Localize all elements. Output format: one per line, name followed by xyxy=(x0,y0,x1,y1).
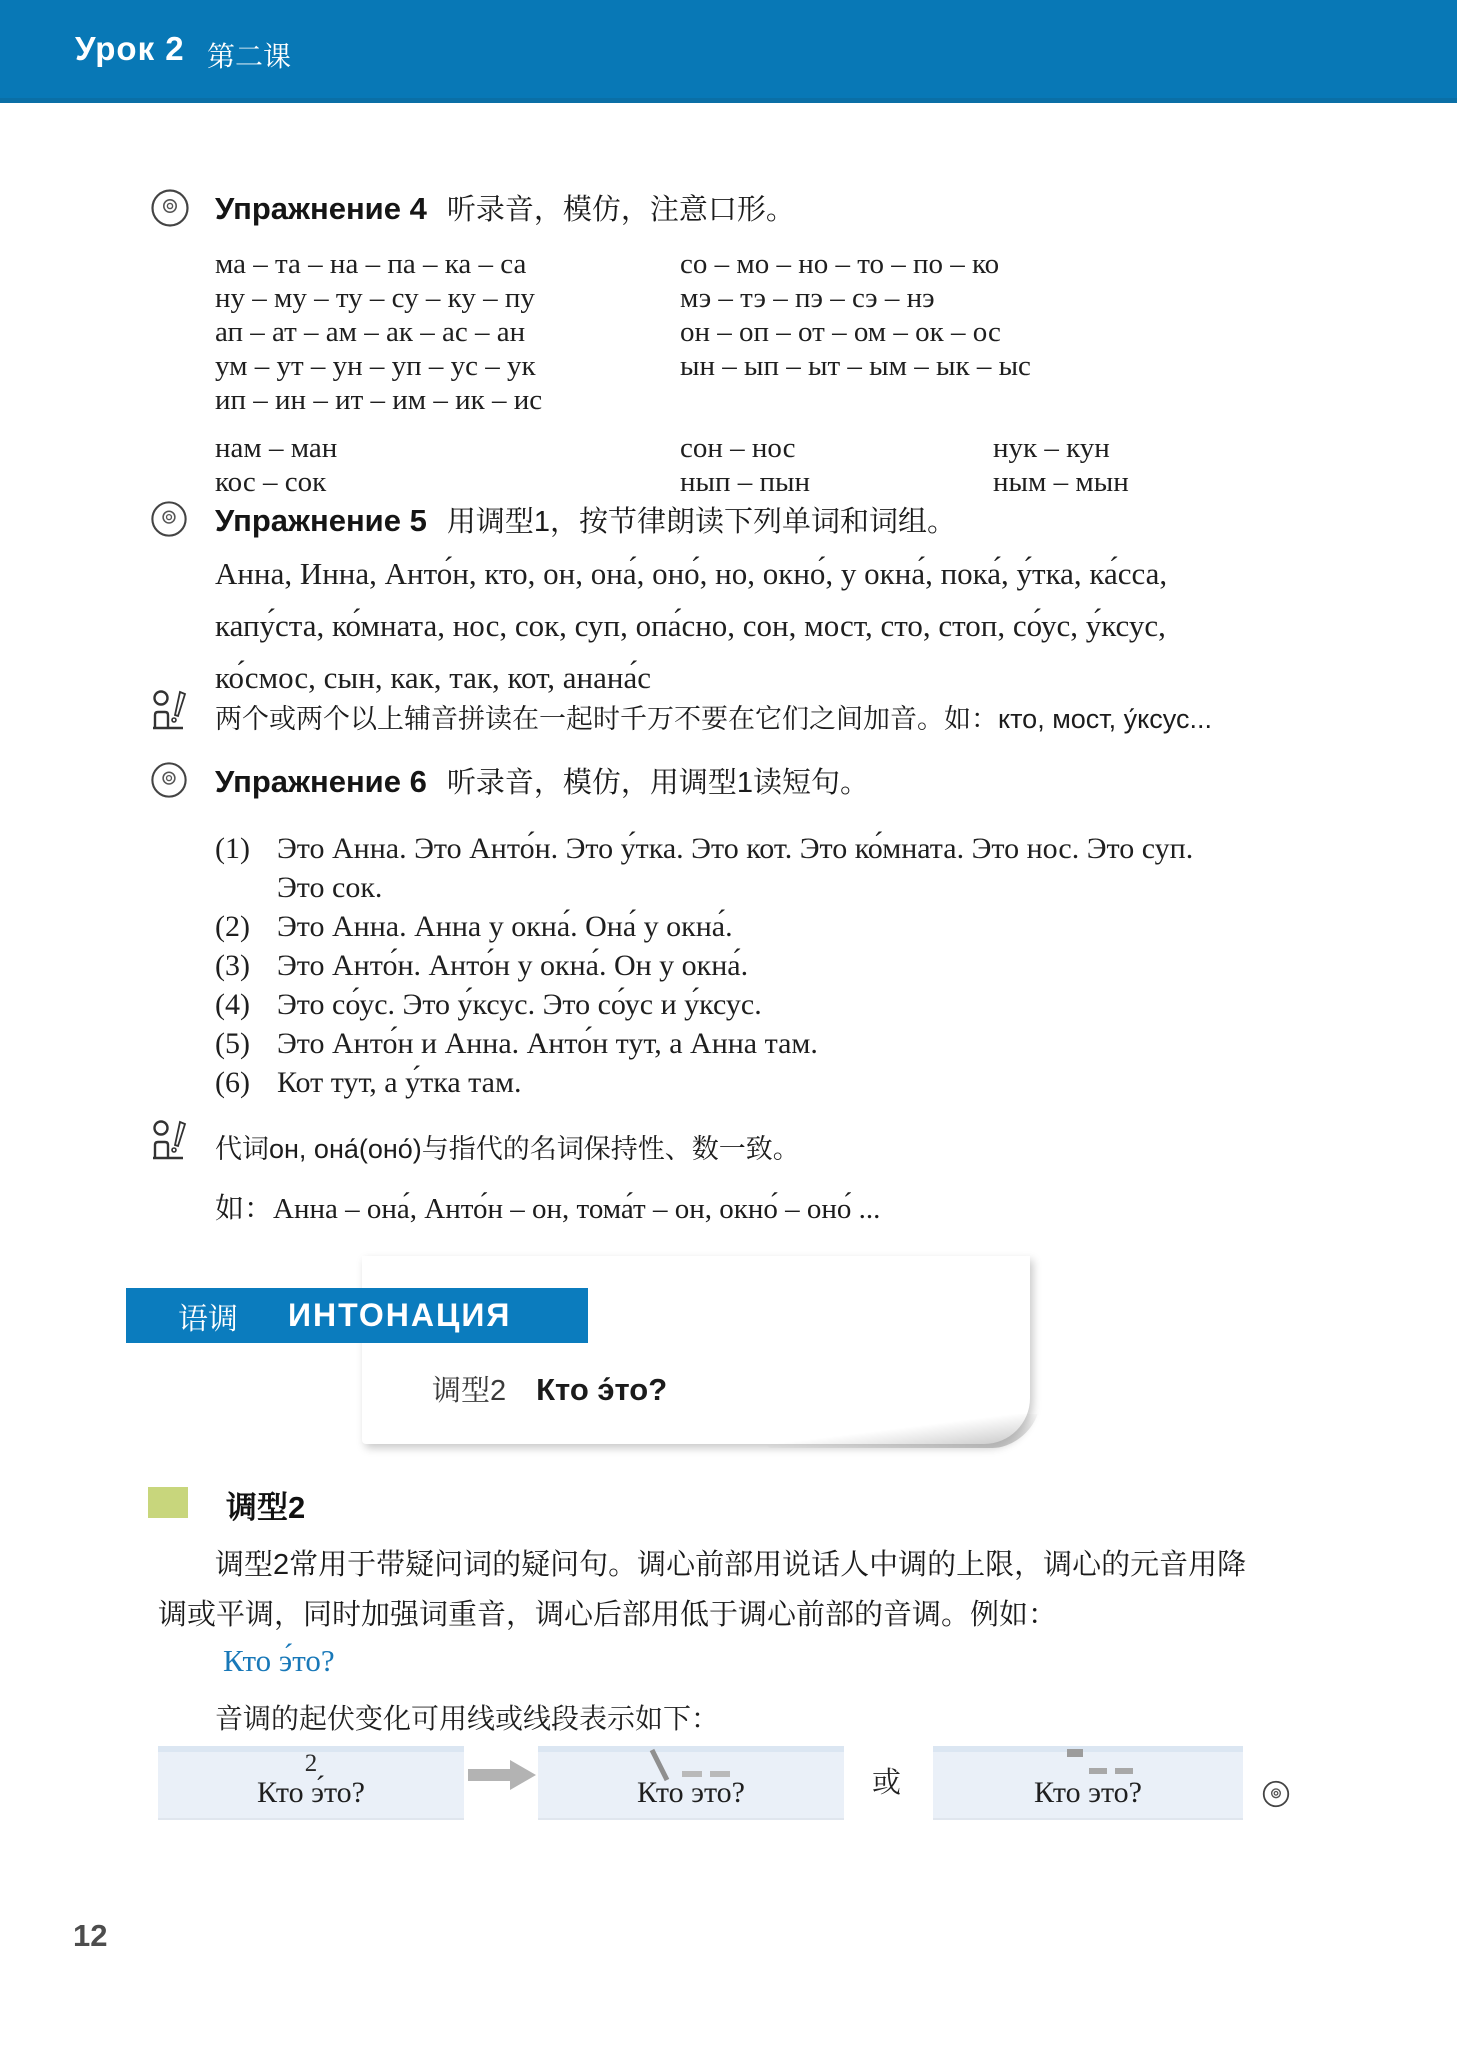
syllable-pair: сон – нос xyxy=(680,432,796,465)
exercise5-number: Упражнение 5 xyxy=(215,503,427,538)
syllable-pair: кос – сок xyxy=(215,466,326,499)
lesson-title-russian: Урок 2 xyxy=(75,30,185,68)
syllable-row: ын – ып – ыт – ым – ык – ыс xyxy=(680,350,1031,383)
audio-cd-icon xyxy=(150,500,188,538)
sentence-item: (6)Кот тут, а у́тка там. xyxy=(215,1066,521,1100)
tone-diagram-box-level: Кто это? xyxy=(933,1746,1243,1820)
syllable-row: ап – ат – ам – ак – ас – ан xyxy=(215,316,525,349)
syllable-row: ма – та – на – па – ка – са xyxy=(215,248,526,281)
syllable-row: ип – ин – ит – им – ик – ис xyxy=(215,384,542,417)
sentence-item: (4)Это со́ус. Это у́ксус. Это со́ус и у́… xyxy=(215,988,762,1022)
audio-cd-icon xyxy=(150,188,190,228)
sentence-item: (5)Это Анто́н и Анна. Анто́н тут, а Анна… xyxy=(215,1027,818,1061)
syllable-row: со – мо – но – то – по – ко xyxy=(680,248,999,281)
diagram-intro-text: 音调的起伏变化可用线或线段表示如下： xyxy=(215,1697,719,1737)
syllable-row: ну – му – ту – су – ку – пу xyxy=(215,282,535,315)
tone-diagram-box-line: Кто это? xyxy=(538,1746,844,1820)
syllable-pair: нук – кун xyxy=(993,432,1110,465)
intonation-section-banner: 语调 ИНТОНАЦИЯ xyxy=(126,1288,588,1343)
audio-cd-icon xyxy=(1262,1780,1290,1808)
person-exclamation-note-icon xyxy=(148,688,196,734)
textbook-page: Урок 2 第二课 Упражнение 4听录音，模仿，注意口形。 ма –… xyxy=(0,0,1457,2048)
card-phrase: Кто э́то? xyxy=(536,1372,667,1408)
tone-box-phrase: Кто э́то? xyxy=(158,1776,464,1810)
green-bullet-square xyxy=(148,1487,188,1518)
exercise4-title: Упражнение 4听录音，模仿，注意口形。 xyxy=(215,187,795,228)
exercise5-title: Упражнение 5用调型1，按节律朗读下列单词和词组。 xyxy=(215,499,956,540)
tone2-paragraph-line2: 调或平调，同时加强词重音，调心后部用低于调心前部的音调。例如： xyxy=(158,1592,1057,1633)
syllable-pair: нып – пын xyxy=(680,466,810,499)
exercise4-number: Упражнение 4 xyxy=(215,191,427,226)
tone2-paragraph-line1: 调型2常用于带疑问词的疑问句。调心前部用说话人中调的上限，调心的元音用降 xyxy=(215,1542,1246,1583)
or-label: 或 xyxy=(872,1760,901,1801)
syllable-row: он – оп – от – ом – ок – ос xyxy=(680,316,1001,349)
page-number: 12 xyxy=(73,1918,107,1954)
grammar-note-line2: 如：Анна – она́, Анто́н – он, тома́т – он,… xyxy=(215,1186,880,1227)
page-header: Урок 2 第二课 xyxy=(0,0,1457,103)
syllable-pair: нам – ман xyxy=(215,432,337,465)
intonation-paper-card xyxy=(362,1256,1030,1444)
grammar-note-line1: 代词он, она́(оно́)与指代的名词保持性、数一致。 xyxy=(215,1127,800,1166)
exercise6-instruction: 听录音，模仿，用调型1读短句。 xyxy=(447,767,869,799)
tone-box-phrase: Кто это? xyxy=(538,1776,844,1810)
sentence-item: (1)Это Анна. Это Анто́н. Это у́тка. Это … xyxy=(215,832,1193,866)
sentence-item: (2)Это Анна. Анна у окна́. Она́ у окна́. xyxy=(215,910,733,944)
right-arrow-icon xyxy=(468,1769,510,1781)
sentence-item-continuation: Это сок. xyxy=(277,871,382,905)
intonation-banner-russian: ИНТОНАЦИЯ xyxy=(288,1297,511,1334)
syllable-pair: ным – мын xyxy=(993,466,1129,499)
word-list-line: ко́смос, сын, как, так, кот, анана́с xyxy=(215,660,651,696)
exercise4-instruction: 听录音，模仿，注意口形。 xyxy=(447,194,795,226)
tone2-example-phrase: Кто э́то? xyxy=(223,1643,335,1679)
exercise5-instruction: 用调型1，按节律朗读下列单词和词组。 xyxy=(447,506,956,538)
intonation-banner-chinese: 语调 xyxy=(178,1294,238,1338)
intonation-card-caption: 调型2 Кто э́то? xyxy=(432,1368,667,1409)
card-tone-label: 调型2 xyxy=(432,1368,506,1409)
tone-diagram-box-numbered: 2 Кто э́то? xyxy=(158,1746,464,1820)
tone-number-mark: 2 xyxy=(158,1750,464,1778)
tone-box-phrase: Кто это? xyxy=(933,1776,1243,1810)
audio-cd-icon xyxy=(150,761,188,799)
lesson-title-chinese: 第二课 xyxy=(207,35,291,75)
syllable-row: мэ – тэ – пэ – сэ – нэ xyxy=(680,282,935,315)
exercise6-title: Упражнение 6听录音，模仿，用调型1读短句。 xyxy=(215,760,869,801)
pronunciation-note: 两个或两个以上辅音拼读在一起时千万不要在它们之间加音。如：кто, мост, … xyxy=(215,697,1212,736)
syllable-row: ум – ут – ун – уп – ус – ук xyxy=(215,350,536,383)
sentence-item: (3)Это Анто́н. Анто́н у окна́. Он у окна… xyxy=(215,949,748,983)
tone2-heading: 调型2 xyxy=(226,1482,305,1527)
word-list-line: капу́ста, ко́мната, нос, сок, суп, опа́с… xyxy=(215,608,1166,644)
person-exclamation-note-icon xyxy=(148,1118,196,1164)
exercise6-number: Упражнение 6 xyxy=(215,764,427,799)
word-list-line: Анна, Инна, Анто́н, кто, он, она́, оно́,… xyxy=(215,556,1167,592)
